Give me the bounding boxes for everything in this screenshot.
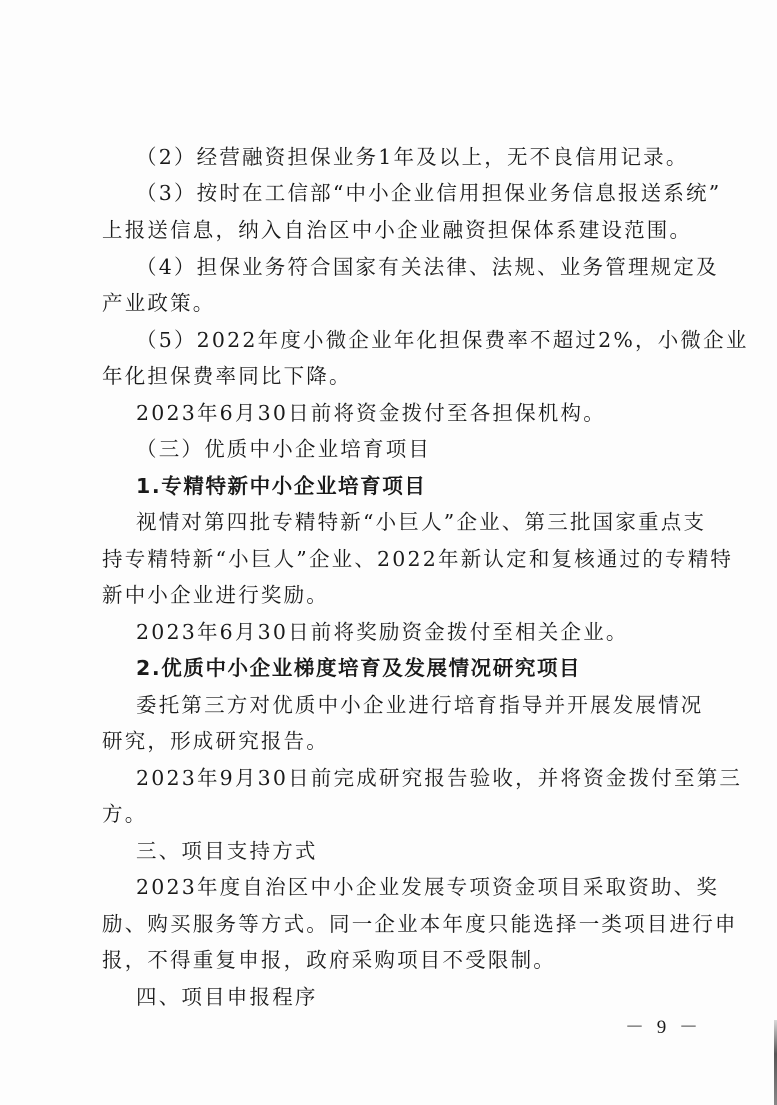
- paragraph-line-deadline-reward: 2023年6月30日前将奖励资金拨付至相关企业。: [136, 617, 629, 647]
- paragraph-line-reward-2: 持专精特新“小巨人”企业、2022年新认定和复核通过的专精特: [102, 544, 733, 574]
- paragraph-line-condition-5-cont: 年化担保费率同比下降。: [102, 361, 352, 391]
- section-heading-quality-sme: （三）优质中小企业培育项目: [136, 434, 431, 464]
- paragraph-line-condition-2: （2）经营融资担保业务1年及以上，无不良信用记录。: [136, 142, 689, 172]
- paragraph-line-condition-4: （4）担保业务符合国家有关法律、法规、业务管理规定及: [136, 252, 719, 282]
- paragraph-line-support-3: 报，不得重复申报，政府采购项目不受限制。: [102, 945, 556, 975]
- paragraph-line-research-2: 研究，形成研究报告。: [102, 726, 329, 756]
- paragraph-line-deadline-guarantee: 2023年6月30日前将资金拨付至各担保机构。: [136, 398, 606, 428]
- document-page: （2）经营融资担保业务1年及以上，无不良信用记录。 （3）按时在工信部“中小企业…: [0, 0, 777, 1105]
- paragraph-line-deadline-research-cont: 方。: [102, 799, 147, 829]
- paragraph-line-condition-4-cont: 产业政策。: [102, 288, 216, 318]
- subheading-gradient-cultivation: 2.优质中小企业梯度培育及发展情况研究项目: [136, 653, 581, 683]
- paragraph-line-support-1: 2023年度自治区中小企业发展专项资金项目采取资助、奖: [136, 872, 719, 902]
- paragraph-line-condition-5: （5）2022年度小微企业年化担保费率不超过2%，小微企业: [136, 325, 749, 355]
- paragraph-line-reward-1: 视情对第四批专精特新“小巨人”企业、第三批国家重点支: [136, 507, 706, 537]
- paragraph-line-research-1: 委托第三方对优质中小企业进行培育指导并开展发展情况: [136, 690, 704, 720]
- subheading-specialized-sme: 1.专精特新中小企业培育项目: [136, 471, 426, 501]
- page-number: － 9 －: [625, 1012, 702, 1039]
- paragraph-line-reward-3: 新中小企业进行奖励。: [102, 580, 329, 610]
- section-heading-support-method: 三、项目支持方式: [136, 836, 318, 866]
- paragraph-line-support-2: 励、购买服务等方式。同一企业本年度只能选择一类项目进行申: [102, 909, 738, 939]
- section-heading-application-procedure: 四、项目申报程序: [136, 982, 318, 1012]
- paragraph-line-condition-3: （3）按时在工信部“中小企业信用担保业务信息报送系统”: [136, 178, 721, 208]
- paragraph-line-deadline-research: 2023年9月30日前完成研究报告验收，并将资金拨付至第三: [136, 763, 742, 793]
- paragraph-line-condition-3-cont: 上报送信息，纳入自治区中小企业融资担保体系建设范围。: [102, 215, 692, 245]
